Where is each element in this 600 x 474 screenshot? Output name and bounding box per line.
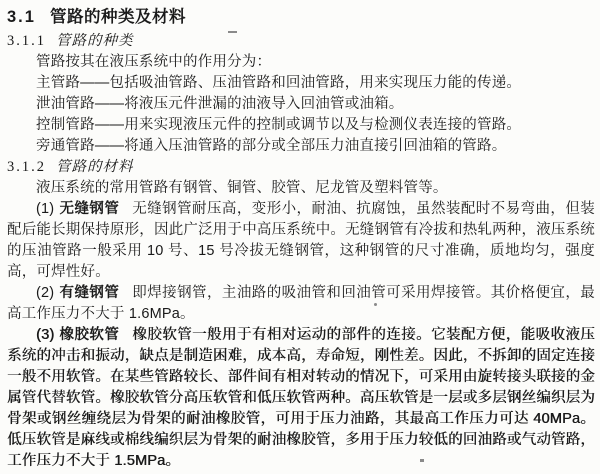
material-number: (2) [36, 285, 54, 301]
pipe-type-term: 旁通管路 [36, 138, 95, 154]
material-number: (1) [36, 201, 54, 217]
pipe-type-line: 泄油管路——将液压元件泄漏的油液导入回油管或油箱。 [7, 94, 595, 115]
section-title: 管路的种类及材料 [50, 8, 186, 26]
subsection-2-number: 3.1.2 [7, 159, 46, 175]
subsection-heading-1: 3.1.1管路的种类 [7, 31, 595, 52]
subsection-1-title: 管路的种类 [56, 33, 134, 49]
intro-paragraph: 管路按其在液压系统中的作用分为： [7, 52, 595, 73]
scan-artifact [228, 31, 237, 33]
scan-artifact [374, 303, 377, 306]
pipe-type-desc: ——将液压元件泄漏的油液导入回油管或油箱。 [95, 96, 404, 112]
material-paragraph-welded-steel: (2)有缝钢管即焊接钢管，主油路的吸油管和回油管可采用焊接管。其价格便宜，最高工… [7, 283, 595, 325]
material-term: 无缝钢管 [59, 201, 119, 217]
material-desc: 橡胶软管一般用于有相对运动的部件的连接。它装配方便，能吸收液压系统的冲击和振动，… [7, 327, 595, 469]
subsection-2-title: 管路的材料 [56, 159, 134, 175]
pipe-type-line: 控制管路——用来实现液压元件的控制或调节以及与检测仪表连接的管路。 [7, 115, 595, 136]
subsection-heading-2: 3.1.2管路的材料 [7, 157, 595, 178]
section-heading: 3.1管路的种类及材料 [7, 7, 595, 28]
pipe-type-desc: ——将通入压油管路的部分或全部压力油直接引回油箱的管路。 [95, 138, 507, 154]
pipe-type-term: 主管路 [36, 75, 80, 91]
pipe-type-desc: ——包括吸油管路、压油管路和回油管路，用来实现压力能的传递。 [80, 75, 521, 91]
material-paragraph-rubber-hose: (3)橡胶软管橡胶软管一般用于有相对运动的部件的连接。它装配方便，能吸收液压系统… [7, 325, 595, 472]
scanned-page: 3.1管路的种类及材料 3.1.1管路的种类 管路按其在液压系统中的作用分为： … [0, 0, 600, 474]
material-paragraph-seamless-steel: (1)无缝钢管无缝钢管耐压高，变形小，耐油、抗腐蚀，虽然装配时不易弯曲，但装配后… [7, 199, 595, 283]
section-number: 3.1 [7, 8, 36, 26]
material-term: 橡胶软管 [59, 327, 119, 343]
pipe-type-term: 控制管路 [36, 117, 95, 133]
subsection-1-number: 3.1.1 [7, 33, 46, 49]
material-term: 有缝钢管 [59, 285, 119, 301]
materials-intro-paragraph: 液压系统的常用管路有钢管、铜管、胶管、尼龙管及塑料管等。 [7, 178, 595, 199]
pipe-type-term: 泄油管路 [36, 96, 95, 112]
scan-artifact [420, 459, 424, 462]
pipe-type-desc: ——用来实现液压元件的控制或调节以及与检测仪表连接的管路。 [95, 117, 521, 133]
pipe-type-line: 旁通管路——将通入压油管路的部分或全部压力油直接引回油箱的管路。 [7, 136, 595, 157]
material-number: (3) [36, 327, 54, 343]
pipe-type-line: 主管路——包括吸油管路、压油管路和回油管路，用来实现压力能的传递。 [7, 73, 595, 94]
